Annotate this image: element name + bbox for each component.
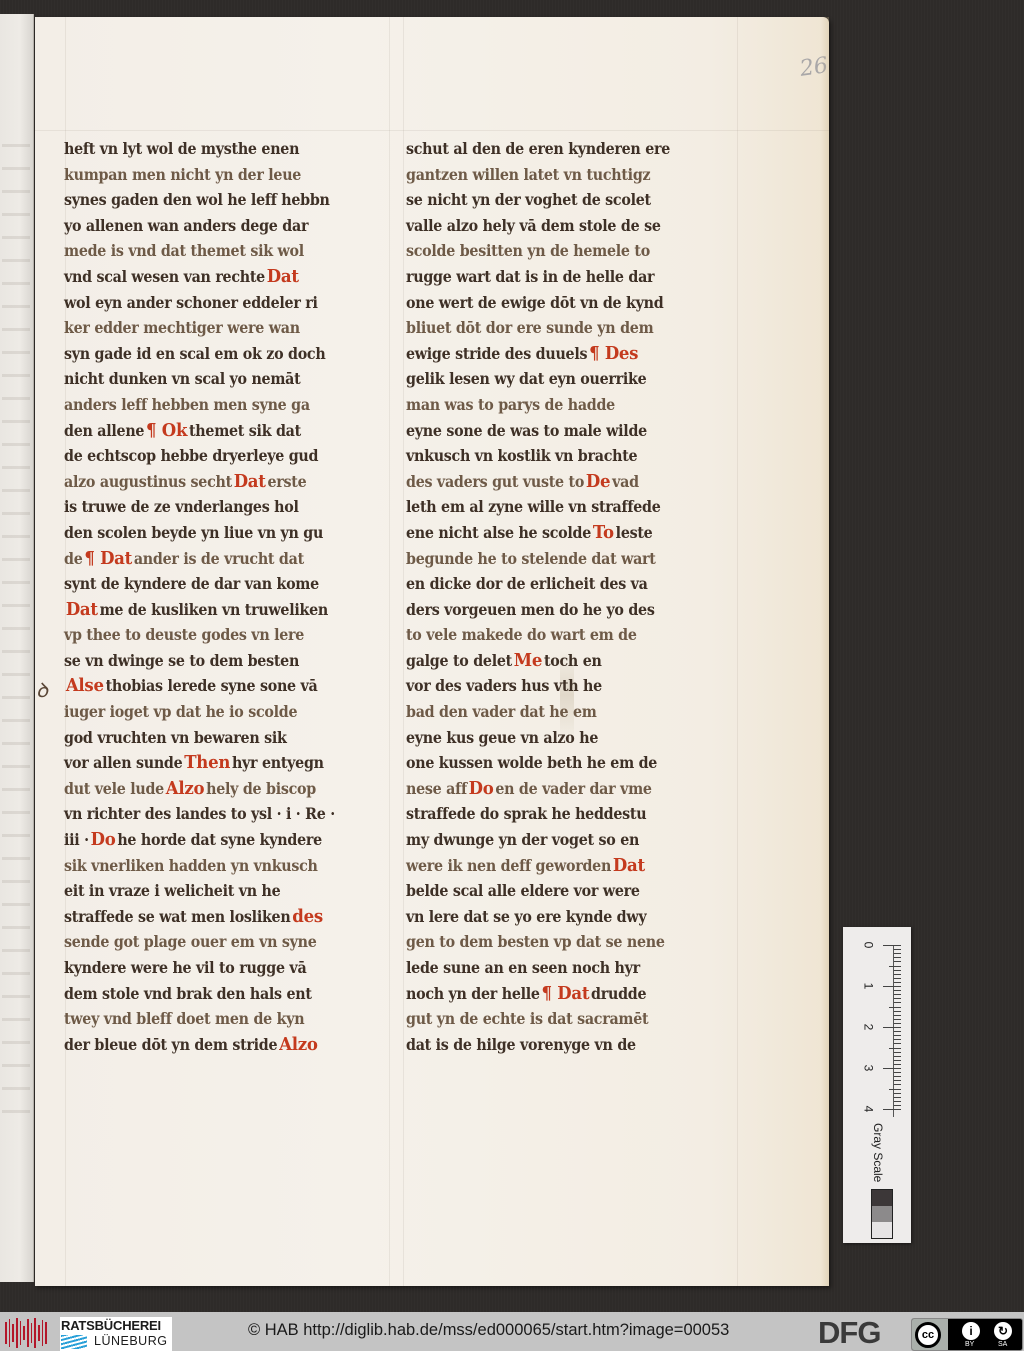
manuscript-line: den scolen beyde yn liue vn yn gu <box>64 520 355 546</box>
manuscript-line: straffede se wat men loslikendes <box>64 904 355 930</box>
line-text: ene nicht alse he scolde <box>406 523 591 542</box>
manuscript-line: begunde he to stelende dat wart <box>406 546 710 572</box>
sa-label: SA <box>998 1341 1007 1348</box>
rubric-initial: Dat <box>234 469 266 495</box>
manuscript-line: nicht dunken vn scal yo nemāt <box>64 366 355 392</box>
logo-bar <box>20 1321 22 1345</box>
ruler-tick <box>894 1039 901 1040</box>
ruler-tick <box>894 1084 901 1085</box>
manuscript-line: gantzen willen latet vn tuchtigz <box>406 162 710 188</box>
ruler-tick <box>894 1011 901 1012</box>
manuscript-line: se vn dwinge se to dem besten <box>64 648 355 674</box>
manuscript-line: der bleue dōt yn dem strideAlzo <box>64 1032 355 1058</box>
cc-badge-left: cc <box>912 1319 948 1350</box>
manuscript-line: kyndere were he vil to rugge vā <box>64 955 355 981</box>
logo-bar <box>16 1318 18 1348</box>
ruler-tick <box>889 1007 901 1008</box>
line-text: yo allenen wan anders dege dar <box>64 216 308 235</box>
line-text: to vele makede do wart em de <box>406 625 637 644</box>
line-text: vn richter des landes to ysl · i · Re · <box>64 804 335 823</box>
line-text-continued: thobias lerede syne sone vā <box>106 676 318 695</box>
ruler-tick <box>883 1027 901 1028</box>
line-text: mede is vnd dat themet sik wol <box>64 241 304 260</box>
manuscript-line: vnd scal wesen van rechteDat <box>64 264 355 290</box>
manuscript-line: des vaders gut vuste toDevad <box>406 469 710 495</box>
line-text: dut vele lude <box>64 779 164 798</box>
manuscript-line: man was to parys de hadde <box>406 392 710 418</box>
ruler-number: 1 <box>861 983 875 990</box>
open-book-icon <box>61 1335 87 1349</box>
ruler-tick <box>894 1002 901 1003</box>
logo-bar <box>23 1326 25 1340</box>
ruler-tick <box>894 998 901 999</box>
manuscript-line: ders vorgeuen men do he yo des <box>406 597 710 623</box>
manuscript-line: galge to deletMetoch en <box>406 648 710 674</box>
rubric-initial: Do <box>469 776 494 802</box>
line-text: wol eyn ander schoner eddeler ri <box>64 293 318 312</box>
ruler-tick <box>883 1109 901 1110</box>
line-text-continued: leste <box>616 523 653 542</box>
line-text: ewige stride des duuels <box>406 344 587 363</box>
gray-swatch <box>872 1222 892 1238</box>
library-name-bottom: LÜNEBURG <box>94 1334 167 1348</box>
line-text: vor des vaders hus vth he <box>406 676 602 695</box>
line-text-continued: vad <box>612 472 639 491</box>
rubric-initial: To <box>593 520 614 546</box>
ruler-tick <box>894 1105 901 1106</box>
manuscript-line: leth em al zyne wille vn straffede <box>406 494 710 520</box>
bleed-through-text <box>2 144 30 1124</box>
line-text: vnkusch vn kostlik vn brachte <box>406 446 637 465</box>
ruler-tick <box>894 949 901 950</box>
ruler-number: 3 <box>861 1065 875 1072</box>
line-text: belde scal alle eldere vor were <box>406 881 640 900</box>
manuscript-line: vp thee to deuste godes vn lere <box>64 622 355 648</box>
manuscript-line: dut vele ludeAlzohely de biscop <box>64 776 355 802</box>
manuscript-line: my dwunge yn der voget so en <box>406 827 710 853</box>
previous-page-edge <box>0 14 34 1282</box>
line-text: one kussen wolde beth he em de <box>406 753 657 772</box>
line-text: rugge wart dat is in de helle dar <box>406 267 654 286</box>
line-text: alzo augustinus secht <box>64 472 232 491</box>
line-text: gen to dem besten vp dat se nene <box>406 932 665 951</box>
manuscript-line: wol eyn ander schoner eddeler ri <box>64 290 355 316</box>
line-text: synes gaden den wol he leff hebbn <box>64 190 330 209</box>
line-text: heft vn lyt wol de mysthe enen <box>64 139 299 158</box>
ruler-tick <box>894 978 901 979</box>
rubric-initial: Then <box>184 750 230 776</box>
cc-icon: cc <box>915 1322 941 1348</box>
ruling-line <box>737 17 738 1286</box>
line-text: gut yn de echte is dat sacramēt <box>406 1009 648 1028</box>
ruler-tick <box>894 970 901 971</box>
rubric-initial: ¶ Des <box>589 341 638 367</box>
manuscript-line: den allene¶ Okthemet sik dat <box>64 418 355 444</box>
line-text: straffede se wat men losliken <box>64 907 290 926</box>
line-text: vp thee to deuste godes vn lere <box>64 625 304 644</box>
line-text: sik vnerliken hadden yn vnkusch <box>64 856 318 875</box>
manuscript-line: god vruchten vn bewaren sik <box>64 725 355 751</box>
rubric-initial: Alse <box>66 673 104 699</box>
dfg-logo[interactable]: DFG <box>818 1316 880 1350</box>
ruler-tick <box>894 1101 901 1102</box>
manuscript-line: twey vnd bleff doet men de kyn <box>64 1006 355 1032</box>
manuscript-line: yo allenen wan anders dege dar <box>64 213 355 239</box>
gray-swatch <box>872 1190 892 1206</box>
manuscript-line: noch yn der helle¶ Datdrudde <box>406 981 710 1007</box>
ruler-tick <box>894 953 901 954</box>
footer-bar: RATSBÜCHEREI LÜNEBURG © HAB http://digli… <box>0 1312 1024 1351</box>
manuscript-line: iuger ioget vp dat he io scolde <box>64 699 355 725</box>
ruler-number: 4 <box>861 1106 875 1113</box>
ruler-tick <box>894 961 901 962</box>
ruler-tick <box>894 1015 901 1016</box>
manuscript-line: vnkusch vn kostlik vn brachte <box>406 443 710 469</box>
line-text: iii · <box>64 830 89 849</box>
manuscript-line: en dicke dor de erlicheit des va <box>406 571 710 597</box>
ruler-tick <box>894 1052 901 1053</box>
manuscript-line: belde scal alle eldere vor were <box>406 878 710 904</box>
line-text: eyne kus geue vn alzo he <box>406 728 598 747</box>
ruling-line <box>35 130 829 131</box>
line-text: man was to parys de hadde <box>406 395 615 414</box>
line-text: anders leff hebben men syne ga <box>64 395 310 414</box>
ruler-tick <box>894 1043 901 1044</box>
manuscript-line: is truwe de ze vnderlanges hol <box>64 494 355 520</box>
ruler-tick <box>894 957 901 958</box>
by-label: BY <box>965 1341 974 1348</box>
line-text: des vaders gut vuste to <box>406 472 584 491</box>
line-text-continued: toch en <box>544 651 602 670</box>
line-text: is truwe de ze vnderlanges hol <box>64 497 299 516</box>
ruler-tick <box>894 1064 901 1065</box>
line-text: nicht dunken vn scal yo nemāt <box>64 369 300 388</box>
logo-bar <box>34 1318 36 1348</box>
manuscript-line: to vele makede do wart em de <box>406 622 710 648</box>
ruler-tick <box>883 1068 901 1069</box>
line-text-continued: en de vader dar vme <box>495 779 651 798</box>
ruler-tick <box>894 974 901 975</box>
manuscript-line: mede is vnd dat themet sik wol <box>64 238 355 264</box>
rubric-initial: Dat <box>267 264 299 290</box>
manuscript-line: bad den vader dat he em <box>406 699 710 725</box>
line-text: eyne sone de was to male wilde <box>406 421 647 440</box>
line-text: se vn dwinge se to dem besten <box>64 651 299 670</box>
line-text: gelik lesen wy dat eyn ouerrike <box>406 369 646 388</box>
manuscript-line: anders leff hebben men syne ga <box>64 392 355 418</box>
rubric-initial: Dat <box>66 597 98 623</box>
manuscript-line: heft vn lyt wol de mysthe enen <box>64 136 355 162</box>
ruler-tick <box>894 1072 901 1073</box>
manuscript-line: ewige stride des duuels¶ Des <box>406 341 710 367</box>
ruler-tick <box>883 945 901 946</box>
manuscript-line: one wert de ewige dōt vn de kynd <box>406 290 710 316</box>
line-text-continued: erste <box>267 472 306 491</box>
line-text: se nicht yn der voghet de scolet <box>406 190 651 209</box>
manuscript-line: vn lere dat se yo ere kynde dwy <box>406 904 710 930</box>
manuscript-scan: 26 ꝺ heft vn lyt wol de mysthe enenkumpa… <box>0 0 1024 1312</box>
manuscript-line: dat is de hilge vorenyge vn de <box>406 1032 710 1058</box>
ruler-tick <box>894 1097 901 1098</box>
line-text-continued: hely de biscop <box>206 779 316 798</box>
ruler-tick <box>889 1048 901 1049</box>
manuscript-line: sende got plage ouer em vn syne <box>64 929 355 955</box>
logo-bar <box>5 1322 7 1344</box>
line-text-continued: he horde dat syne kyndere <box>117 830 322 849</box>
manuscript-line: eyne sone de was to male wilde <box>406 418 710 444</box>
rubric-initial: ¶ Dat <box>542 981 590 1007</box>
manuscript-line: schut al den de eren kynderen ere <box>406 136 710 162</box>
manuscript-line: scolde besitten yn de hemele to <box>406 238 710 264</box>
ruler-tick <box>894 1080 901 1081</box>
ruler-tick <box>894 1060 901 1061</box>
manuscript-line: syn gade id en scal em ok zo doch <box>64 341 355 367</box>
manuscript-line: valle alzo hely vā dem stole de se <box>406 213 710 239</box>
manuscript-line: synt de kyndere de dar van kome <box>64 571 355 597</box>
line-text: vn lere dat se yo ere kynde dwy <box>406 907 646 926</box>
manuscript-line: nese affDoen de vader dar vme <box>406 776 710 802</box>
ruler-tick <box>894 1076 901 1077</box>
manuscript-line: eyne kus geue vn alzo he <box>406 725 710 751</box>
manuscript-line: iii ·Dohe horde dat syne kyndere <box>64 827 355 853</box>
manuscript-line: gelik lesen wy dat eyn ouerrike <box>406 366 710 392</box>
attribution-icon: i <box>962 1322 980 1340</box>
rubric-initial: Dat <box>613 853 645 879</box>
line-text: bliuet dōt dor ere sunde yn dem <box>406 318 653 337</box>
line-text: synt de kyndere de dar van kome <box>64 574 319 593</box>
line-text: den scolen beyde yn liue vn yn gu <box>64 523 323 542</box>
line-text: ker edder mechtiger were wan <box>64 318 300 337</box>
manuscript-line: vor des vaders hus vth he <box>406 673 710 699</box>
line-text: straffede do sprak he heddestu <box>406 804 646 823</box>
ruler-tick <box>894 1019 901 1020</box>
ruler-tick <box>894 1056 901 1057</box>
manuscript-line: ker edder mechtiger were wan <box>64 315 355 341</box>
manuscript-line: one kussen wolde beth he em de <box>406 750 710 776</box>
line-text: bad den vader dat he em <box>406 702 597 721</box>
ruler-tick <box>894 1093 901 1094</box>
line-text: twey vnd bleff doet men de kyn <box>64 1009 304 1028</box>
line-text: en dicke dor de erlicheit des va <box>406 574 648 593</box>
line-text-continued: hyr entyegn <box>232 753 324 772</box>
manuscript-line: Datme de kusliken vn truweliken <box>64 597 355 623</box>
logo-bar <box>12 1324 14 1342</box>
ruler-tick <box>894 982 901 983</box>
library-name-top: RATSBÜCHEREI <box>61 1318 161 1333</box>
line-text: ders vorgeuen men do he yo des <box>406 600 655 619</box>
line-text: de <box>64 549 83 568</box>
library-logo-icon <box>5 1318 47 1348</box>
line-text: kumpan men nicht yn der leue <box>64 165 301 184</box>
rubric-initial: ¶ Dat <box>84 546 132 572</box>
line-text: schut al den de eren kynderen ere <box>406 139 670 158</box>
logo-bar <box>38 1325 40 1341</box>
manuscript-line: bliuet dōt dor ere sunde yn dem <box>406 315 710 341</box>
margin-flourish: ꝺ <box>36 676 48 703</box>
manuscript-line: se nicht yn der voghet de scolet <box>406 187 710 213</box>
manuscript-line: were ik nen deff gewordenDat <box>406 853 710 879</box>
manuscript-line: straffede do sprak he heddestu <box>406 801 710 827</box>
line-text-continued: drudde <box>591 984 646 1003</box>
manuscript-line: rugge wart dat is in de helle dar <box>406 264 710 290</box>
copyright-link[interactable]: © HAB http://diglib.hab.de/mss/ed000065/… <box>248 1321 729 1340</box>
line-text: gantzen willen latet vn tuchtigz <box>406 165 650 184</box>
line-text-continued: me de kusliken vn truweliken <box>100 600 328 619</box>
line-text: leth em al zyne wille vn straffede <box>406 497 661 516</box>
line-text: nese aff <box>406 779 467 798</box>
gray-scale-swatches <box>871 1189 893 1239</box>
manuscript-line: synes gaden den wol he leff hebbn <box>64 187 355 213</box>
ruler-tick <box>894 990 901 991</box>
ruler-tick <box>894 1031 901 1032</box>
manuscript-line: lede sune an en seen noch hyr <box>406 955 710 981</box>
manuscript-line: dem stole vnd brak den hals ent <box>64 981 355 1007</box>
ruler-tick <box>883 986 901 987</box>
line-text: scolde besitten yn de hemele to <box>406 241 650 260</box>
ruler-tick <box>894 1035 901 1036</box>
line-text: one wert de ewige dōt vn de kynd <box>406 293 663 312</box>
color-scale-ruler: 01234 Gray Scale <box>843 927 911 1243</box>
logo-bar <box>31 1323 33 1343</box>
manuscript-line: eit in vraze i welicheit vn he <box>64 878 355 904</box>
text-column-right: schut al den de eren kynderen eregantzen… <box>406 136 736 1057</box>
line-text: were ik nen deff geworden <box>406 856 611 875</box>
text-column-left: heft vn lyt wol de mysthe enenkumpan men… <box>64 136 380 1057</box>
line-text-continued: themet sik dat <box>189 421 301 440</box>
ruling-line <box>403 17 404 1286</box>
line-text: noch yn der helle <box>406 984 540 1003</box>
rubric-initial: ¶ Ok <box>146 418 187 444</box>
logo-bar <box>27 1319 29 1347</box>
line-text: eit in vraze i welicheit vn he <box>64 881 280 900</box>
line-text: kyndere were he vil to rugge vā <box>64 958 306 977</box>
line-text: den allene <box>64 421 144 440</box>
line-text: de echtscop hebbe dryerleye gud <box>64 446 318 465</box>
logo-bar <box>45 1322 47 1344</box>
line-text: lede sune an en seen noch hyr <box>406 958 640 977</box>
line-text: syn gade id en scal em ok zo doch <box>64 344 325 363</box>
rubric-initial: Do <box>91 827 116 853</box>
rubric-initial: Me <box>514 648 542 674</box>
manuscript-line: vn richter des landes to ysl · i · Re · <box>64 801 355 827</box>
manuscript-line: vor allen sundeThenhyr entyegn <box>64 750 355 776</box>
manuscript-line: de¶ Datander is de vrucht dat <box>64 546 355 572</box>
share-alike-icon: ↻ <box>994 1322 1012 1340</box>
rubric-initial: des <box>292 904 323 930</box>
line-text: iuger ioget vp dat he io scolde <box>64 702 297 721</box>
line-text: sende got plage ouer em vn syne <box>64 932 317 951</box>
line-text: valle alzo hely vā dem stole de se <box>406 216 661 235</box>
line-text: begunde he to stelende dat wart <box>406 549 656 568</box>
manuscript-line: alzo augustinus sechtDaterste <box>64 469 355 495</box>
rubric-initial: Alzo <box>166 776 204 802</box>
logo-bar <box>42 1320 44 1346</box>
line-text: dem stole vnd brak den hals ent <box>64 984 312 1003</box>
line-text: god vruchten vn bewaren sik <box>64 728 287 747</box>
ruler-scale: 01234 <box>865 945 895 1117</box>
manuscript-line: de echtscop hebbe dryerleye gud <box>64 443 355 469</box>
line-text: my dwunge yn der voget so en <box>406 830 639 849</box>
ruler-number: 2 <box>861 1024 875 1031</box>
manuscript-line: kumpan men nicht yn der leue <box>64 162 355 188</box>
manuscript-line: gut yn de echte is dat sacramēt <box>406 1006 710 1032</box>
ruler-tick <box>894 1023 901 1024</box>
ruling-line <box>389 17 390 1286</box>
rubric-initial: Alzo <box>279 1032 317 1058</box>
ruler-tick <box>889 966 901 967</box>
cc-license-badge[interactable]: cc i ↻ BY SA <box>911 1318 1023 1351</box>
manuscript-line: gen to dem besten vp dat se nene <box>406 929 710 955</box>
line-text: dat is de hilge vorenyge vn de <box>406 1035 636 1054</box>
line-text: vor allen sunde <box>64 753 182 772</box>
ruler-tick <box>894 994 901 995</box>
gray-swatch <box>872 1206 892 1222</box>
manuscript-line: sik vnerliken hadden yn vnkusch <box>64 853 355 879</box>
ratsbuecherei-logo[interactable]: RATSBÜCHEREI LÜNEBURG <box>60 1317 172 1351</box>
line-text: vnd scal wesen van rechte <box>64 267 265 286</box>
ruler-number: 0 <box>861 942 875 949</box>
manuscript-line: Alsethobias lerede syne sone vā <box>64 673 355 699</box>
line-text: galge to delet <box>406 651 512 670</box>
gray-scale-label: Gray Scale <box>871 1123 885 1182</box>
folio-number: 26 <box>798 53 829 82</box>
ruler-tick <box>889 1089 901 1090</box>
rubric-initial: De <box>586 469 610 495</box>
line-text: der bleue dōt yn dem stride <box>64 1035 277 1054</box>
manuscript-line: ene nicht alse he scoldeToleste <box>406 520 710 546</box>
line-text-continued: ander is de vrucht dat <box>134 549 304 568</box>
logo-bar <box>9 1319 11 1347</box>
